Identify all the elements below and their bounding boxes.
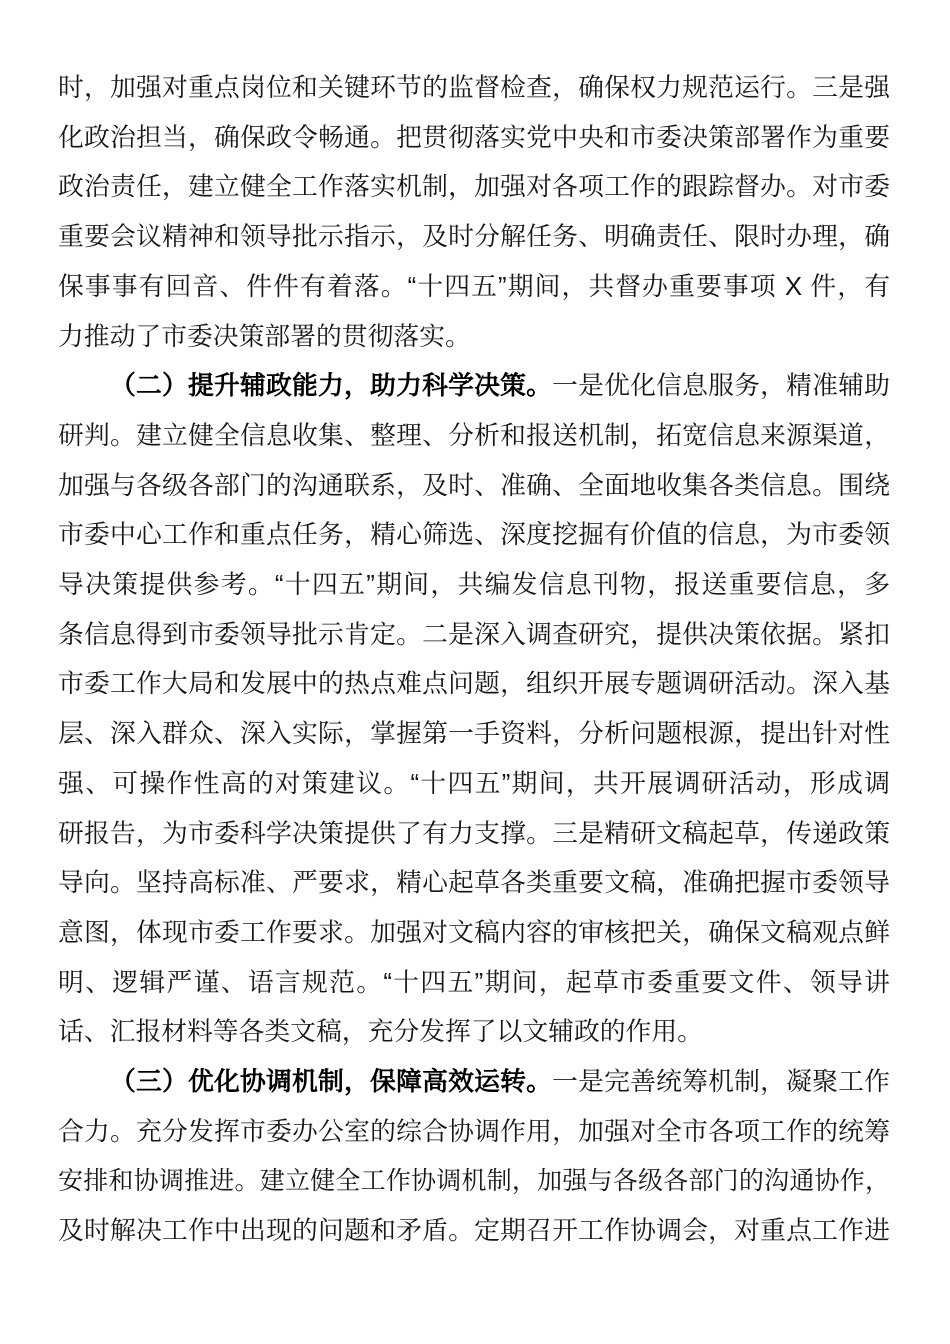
- text-line: 强、可操作性高的对策建议。“十四五”期间，共开展调研活动，形成调: [58, 760, 890, 810]
- line-text: 明、逻辑严谨、语言规范。“十四五”期间，起草市委重要文件、领导讲: [58, 969, 890, 997]
- line-text: 合力。充分发挥市委办公室的综合协调作用，加强对全市各项工作的统筹: [58, 1118, 890, 1146]
- line-text: 导向。坚持高标准、严要求，精心起草各类重要文稿，准确把握市委领导: [58, 869, 890, 897]
- line-text: 话、汇报材料等各类文稿，充分发挥了以文辅政的作用。: [58, 1018, 703, 1046]
- line-text: 强、可操作性高的对策建议。“十四五”期间，共开展调研活动，形成调: [58, 770, 890, 798]
- text-line: 合力。充分发挥市委办公室的综合协调作用，加强对全市各项工作的统筹: [58, 1108, 890, 1158]
- line-text: 及时解决工作中出现的问题和矛盾。定期召开工作协调会，对重点工作进: [58, 1217, 890, 1245]
- text-line: 保事事有回音、件件有着落。“十四五”期间，共督办重要事项 X 件，有: [58, 263, 890, 313]
- text-line: 及时解决工作中出现的问题和矛盾。定期召开工作协调会，对重点工作进: [58, 1207, 890, 1257]
- text-line: 安排和协调推进。建立健全工作协调机制，加强与各级各部门的沟通协作，: [58, 1157, 890, 1207]
- text-line: 时，加强对重点岗位和关键环节的监督检查，确保权力规范运行。三是强: [58, 64, 890, 114]
- text-line: 化政治担当，确保政令畅通。把贯彻落实党中央和市委决策部署作为重要: [58, 114, 890, 164]
- line-text: 层、深入群众、深入实际，掌握第一手资料，分析问题根源，提出针对性: [58, 720, 890, 748]
- line-text: 化政治担当，确保政令畅通。把贯彻落实党中央和市委决策部署作为重要: [58, 124, 890, 152]
- text-line: 市委工作大局和发展中的热点难点问题，组织开展专题调研活动。深入基: [58, 660, 890, 710]
- text-line: 导向。坚持高标准、严要求，精心起草各类重要文稿，准确把握市委领导: [58, 859, 890, 909]
- section-heading-line: （二）提升辅政能力，助力科学决策。一是优化信息服务，精准辅助: [58, 362, 890, 412]
- text-line: 明、逻辑严谨、语言规范。“十四五”期间，起草市委重要文件、领导讲: [58, 959, 890, 1009]
- line-text: 一是优化信息服务，精准辅助: [552, 372, 890, 400]
- line-text: 市委中心工作和重点任务，精心筛选、深度挖掘有价值的信息，为市委领: [58, 521, 890, 549]
- text-line: 导决策提供参考。“十四五”期间，共编发信息刊物，报送重要信息，多: [58, 561, 890, 611]
- text-line-paragraph-end: 话、汇报材料等各类文稿，充分发挥了以文辅政的作用。: [58, 1008, 890, 1058]
- text-line: 条信息得到市委领导批示肯定。二是深入调查研究，提供决策依据。紧扣: [58, 611, 890, 661]
- text-line: 意图，体现市委工作要求。加强对文稿内容的审核把关，确保文稿观点鲜: [58, 909, 890, 959]
- section-heading-bold: （二）提升辅政能力，助力科学决策。: [110, 372, 552, 400]
- line-text: 加强与各级各部门的沟通联系，及时、准确、全面地收集各类信息。围绕: [58, 472, 890, 500]
- line-text: 时，加强对重点岗位和关键环节的监督检查，确保权力规范运行。三是强: [58, 74, 890, 102]
- text-line: 加强与各级各部门的沟通联系，及时、准确、全面地收集各类信息。围绕: [58, 462, 890, 512]
- line-text: 保事事有回音、件件有着落。“十四五”期间，共督办重要事项 X 件，有: [58, 273, 890, 301]
- line-text: 意图，体现市委工作要求。加强对文稿内容的审核把关，确保文稿观点鲜: [58, 919, 890, 947]
- line-text: 市委工作大局和发展中的热点难点问题，组织开展专题调研活动。深入基: [58, 670, 890, 698]
- line-text: 研判。建立健全信息收集、整理、分析和报送机制，拓宽信息来源渠道，: [58, 422, 890, 450]
- text-line: 重要会议精神和领导批示指示，及时分解任务、明确责任、限时办理，确: [58, 213, 890, 263]
- text-line-paragraph-end: 力推动了市委决策部署的贯彻落实。: [58, 313, 890, 363]
- line-text: 一是完善统筹机制，凝聚工作: [552, 1068, 890, 1096]
- text-line: 层、深入群众、深入实际，掌握第一手资料，分析问题根源，提出针对性: [58, 710, 890, 760]
- text-line: 市委中心工作和重点任务，精心筛选、深度挖掘有价值的信息，为市委领: [58, 511, 890, 561]
- text-line: 研判。建立健全信息收集、整理、分析和报送机制，拓宽信息来源渠道，: [58, 412, 890, 462]
- document-page: 时，加强对重点岗位和关键环节的监督检查，确保权力规范运行。三是强 化政治担当，确…: [0, 0, 950, 1344]
- line-text: 力推动了市委决策部署的贯彻落实。: [58, 323, 471, 351]
- section-heading-bold: （三）优化协调机制，保障高效运转。: [110, 1068, 552, 1096]
- line-text: 导决策提供参考。“十四五”期间，共编发信息刊物，报送重要信息，多: [58, 571, 890, 599]
- text-line: 研报告，为市委科学决策提供了有力支撑。三是精研文稿起草，传递政策: [58, 810, 890, 860]
- line-text: 安排和协调推进。建立健全工作协调机制，加强与各级各部门的沟通协作，: [58, 1167, 890, 1195]
- line-text: 重要会议精神和领导批示指示，及时分解任务、明确责任、限时办理，确: [58, 223, 890, 251]
- line-text: 政治责任，建立健全工作落实机制，加强对各项工作的跟踪督办。对市委: [58, 173, 890, 201]
- line-text: 研报告，为市委科学决策提供了有力支撑。三是精研文稿起草，传递政策: [58, 820, 890, 848]
- line-text: 条信息得到市委领导批示肯定。二是深入调查研究，提供决策依据。紧扣: [58, 621, 890, 649]
- section-heading-line: （三）优化协调机制，保障高效运转。一是完善统筹机制，凝聚工作: [58, 1058, 890, 1108]
- text-line: 政治责任，建立健全工作落实机制，加强对各项工作的跟踪督办。对市委: [58, 163, 890, 213]
